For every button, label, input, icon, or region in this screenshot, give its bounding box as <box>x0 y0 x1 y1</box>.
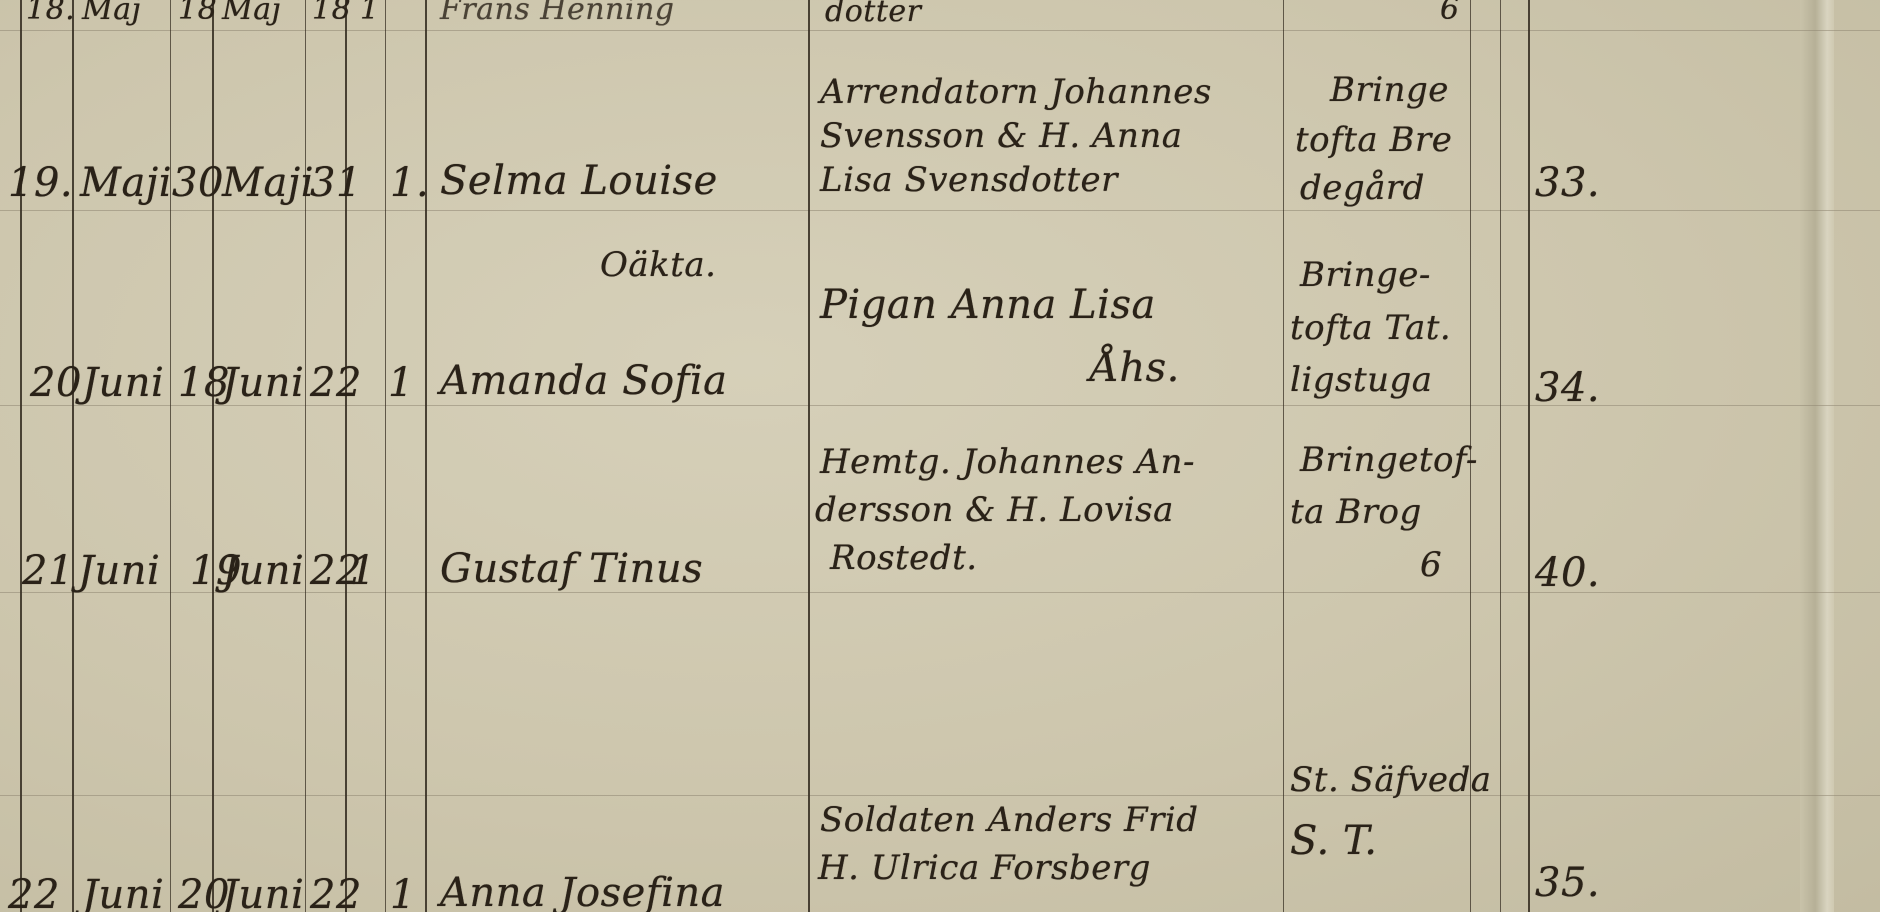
entry-number: 22 <box>8 872 60 912</box>
mother-age: 34. <box>1535 365 1600 411</box>
entry-number: 18. <box>26 0 75 27</box>
row-rule <box>0 210 1880 211</box>
place-line: tofta Bre <box>1295 120 1452 160</box>
column-rule <box>1283 0 1284 912</box>
place-line: S. T. <box>1290 818 1377 864</box>
count: 1 <box>388 360 414 406</box>
baptism-month: Juni <box>222 872 304 912</box>
place-line: Bringetof- <box>1300 440 1478 480</box>
column-rule <box>212 0 214 912</box>
place-line: 6 <box>1420 545 1442 585</box>
place-line: ligstuga <box>1290 360 1433 400</box>
count: 1 <box>350 548 376 594</box>
age-col: 18 <box>312 0 351 27</box>
parents-line: H. Ulrica Forsberg <box>818 848 1151 888</box>
parents: dotter <box>825 0 921 29</box>
mother-age: 35. <box>1535 860 1600 906</box>
place-line: degård <box>1300 168 1425 208</box>
column-rule <box>1528 0 1530 912</box>
birth-month: Juni <box>82 360 164 406</box>
birth-day: 30 <box>172 160 224 206</box>
place-line: Bringe <box>1330 70 1449 110</box>
entry-number: 21 <box>22 548 74 594</box>
column-rule <box>170 0 171 912</box>
parents-line: Åhs. <box>1090 345 1180 391</box>
place-line: Bringe- <box>1300 255 1431 295</box>
column-rule <box>425 0 427 912</box>
birth-month: Maj <box>82 0 141 27</box>
parents-line: Hemtg. Johannes An- <box>820 442 1195 482</box>
parents-line: Pigan Anna Lisa <box>820 282 1156 328</box>
column-rule <box>305 0 306 912</box>
child-name: Frans Henning <box>440 0 674 27</box>
register-page: 18. Maj 18 Maj 18 1 Frans Henning dotter… <box>0 0 1880 912</box>
entry-number: 20 <box>30 360 82 406</box>
parents-line: Arrendatorn Johannes <box>820 72 1212 112</box>
column-rule <box>1500 0 1501 912</box>
birth-month: Juni <box>82 872 164 912</box>
count: 1 <box>360 0 380 27</box>
legitimacy-note: Oäkta. <box>600 245 717 285</box>
mother-age: 33. <box>1535 160 1600 206</box>
baptism-day: 22 <box>310 872 362 912</box>
child-name: Gustaf Tinus <box>440 546 703 592</box>
baptism-day: 18 <box>178 0 217 27</box>
column-rule <box>808 0 810 912</box>
parents-line: Lisa Svensdotter <box>820 160 1118 200</box>
child-name: Amanda Sofia <box>440 358 728 404</box>
column-rule <box>345 0 347 912</box>
column-rule <box>385 0 386 912</box>
baptism-month: Juni <box>222 360 304 406</box>
baptism-month: Maj <box>222 0 281 27</box>
birth-month: Maji <box>80 160 172 206</box>
parents-line: Rostedt. <box>830 538 978 578</box>
parents-line: Soldaten Anders Frid <box>820 800 1199 840</box>
count: 1. <box>390 160 429 206</box>
count: 1 <box>390 872 416 912</box>
child-name: Anna Josefina <box>440 870 725 912</box>
book-gutter <box>1800 0 1834 912</box>
baptism-month: Maji <box>222 160 314 206</box>
row-rule <box>0 30 1880 31</box>
baptism-day: 31 <box>310 160 362 206</box>
child-name: Selma Louise <box>440 158 718 204</box>
column-rule <box>20 0 22 912</box>
birth-month: Juni <box>78 548 160 594</box>
place-line: ta Brog <box>1290 492 1422 532</box>
mother-age: 40. <box>1535 550 1600 596</box>
place-line: St. Säfveda <box>1290 760 1492 800</box>
baptism-day: 22 <box>310 360 362 406</box>
row-rule <box>0 795 1880 796</box>
place-line: tofta Tat. <box>1290 308 1451 348</box>
place: 6 <box>1440 0 1460 27</box>
parents-line: dersson & H. Lovisa <box>815 490 1174 530</box>
baptism-month: Juni <box>222 548 304 594</box>
entry-number: 19. <box>8 160 73 206</box>
column-rule <box>72 0 74 912</box>
parents-line: Svensson & H. Anna <box>820 116 1183 156</box>
